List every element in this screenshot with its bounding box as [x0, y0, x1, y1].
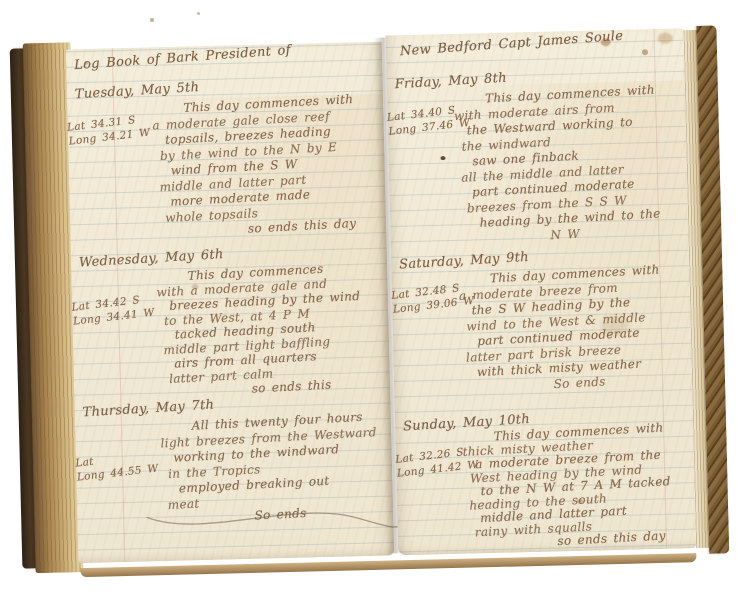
right-page: New Bedford Capt James Soule Friday, May…: [386, 28, 697, 555]
right-page-header: New Bedford Capt James Soule: [400, 29, 624, 60]
log-entry-sunday-may-10: Sunday, May 10th Lat 32.26 S Long 41.42 …: [395, 410, 693, 417]
entry-body: This day commences witha moderate breeze…: [456, 261, 694, 397]
log-entry-friday-may-8: Friday, May 8th Lat 34.40 S Long 37.46 W…: [386, 68, 684, 75]
entry-body: This day commences witha moderate gale c…: [149, 90, 394, 242]
entry-heading: Thursday, May 7th: [82, 398, 214, 421]
entry-position: Lat Long 44.55 W: [75, 448, 156, 485]
entry-heading: Friday, May 8th: [394, 71, 507, 93]
log-entry-tuesday-may-5: Tuesday, May 5th Lat 34.31 S Long 34.21 …: [67, 78, 383, 86]
entry-body: This day commences withwith moderate air…: [451, 81, 691, 248]
foxing-stain: [642, 49, 648, 55]
entry-position: Lat 34.42 S Long 34.41 W: [71, 292, 152, 329]
foxing-speck: [150, 18, 154, 22]
foxing-stain: [658, 33, 673, 44]
log-entry-wednesday-may-6: Wednesday, May 6th Lat 34.42 S Long 34.4…: [71, 246, 387, 254]
entry-body: This day commences withthick misty weath…: [460, 420, 698, 553]
entry-body: This day commenceswith a moderate gale a…: [153, 258, 398, 401]
ink-speck: [440, 156, 445, 160]
left-page-header: Log Book of Bark President of: [74, 43, 292, 73]
entry-position: Lat 34.31 S Long 34.21 W: [66, 112, 147, 149]
left-page: Log Book of Bark President of Tuesday, M…: [66, 42, 394, 564]
foxing-speck: [197, 12, 200, 15]
logbook-photo: Log Book of Bark President of Tuesday, M…: [0, 0, 738, 600]
log-entry-saturday-may-9: Saturday, May 9th Lat 32.48 S Long 39.06…: [391, 248, 689, 255]
pen-flourish: [141, 499, 410, 552]
entry-heading: Saturday, May 9th: [399, 250, 530, 273]
entry-heading: Tuesday, May 5th: [74, 80, 199, 102]
open-logbook: Log Book of Bark President of Tuesday, M…: [10, 23, 731, 578]
